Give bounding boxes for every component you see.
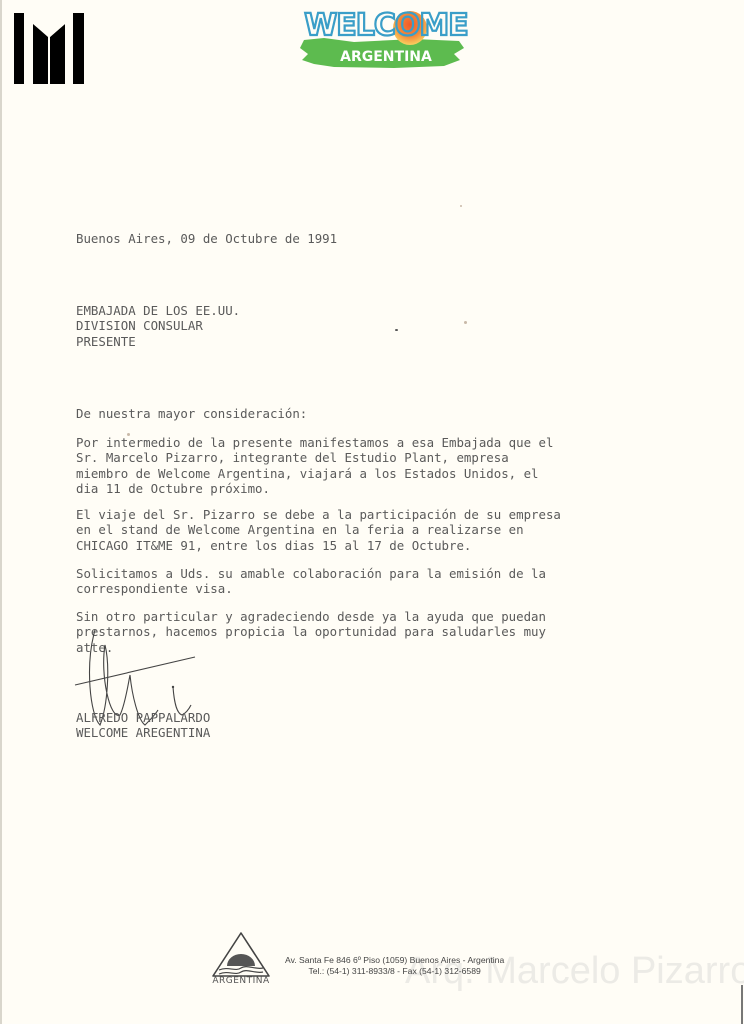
address-line: Av. Santa Fe 846 6º Piso (1059) Buenos A… [285,955,504,966]
paragraph-line: Sin otro particular y agradeciendo desde… [76,609,676,624]
addressee-line: EMBAJADA DE LOS EE.UU. [76,303,240,318]
paragraph: Solicitamos a Uds. su amable colaboració… [76,566,676,597]
paragraph-line: dia 11 de Octubre próximo. [76,481,676,496]
paragraph-line: Por intermedio de la presente manifestam… [76,435,676,450]
signer-company: WELCOME AREGENTINA [76,725,210,740]
speck [460,205,462,207]
paragraph-line: Sr. Marcelo Pizarro, integrante del Estu… [76,450,676,465]
page-edge [0,0,2,1024]
paragraph: El viaje del Sr. Pizarro se debe a la pa… [76,507,676,553]
paragraph: Por intermedio de la presente manifestam… [76,435,676,496]
welcome-argentina-logo: WELCOME ARGENTINA [294,4,472,72]
footer-logo-label: ARGENTINA [205,976,277,986]
signer-block: ALFREDO PAPPALARDO WELCOME AREGENTINA [76,710,210,741]
paragraph-line: Solicitamos a Uds. su amable colaboració… [76,566,676,581]
speck [395,329,398,331]
phone-line: Tel.: (54-1) 311-8933/8 - Fax (54-1) 312… [285,966,504,977]
paragraph-line: correspondiente visa. [76,581,676,596]
speck [464,321,467,324]
greeting: De nuestra mayor consideración: [76,406,307,421]
letter-date: Buenos Aires, 09 de Octubre de 1991 [76,231,337,246]
addressee-line: DIVISION CONSULAR [76,318,240,333]
addressee-block: EMBAJADA DE LOS EE.UU. DIVISION CONSULAR… [76,303,240,349]
speck [127,433,130,436]
paragraph-line: El viaje del Sr. Pizarro se debe a la pa… [76,507,676,522]
signer-name: ALFREDO PAPPALARDO [76,710,210,725]
addressee-line: PRESENTE [76,334,240,349]
paragraph-line: en el stand de Welcome Argentina en la f… [76,522,676,537]
paragraph-line: CHICAGO IT&ME 91, entre los dias 15 al 1… [76,538,676,553]
footer-address: Av. Santa Fe 846 6º Piso (1059) Buenos A… [285,955,504,977]
svg-text:WELCOME: WELCOME [304,8,468,43]
paragraph-line: miembro de Welcome Argentina, viajará a … [76,466,676,481]
svg-text:ARGENTINA: ARGENTINA [340,49,432,65]
m-monogram-logo-icon [14,13,84,84]
